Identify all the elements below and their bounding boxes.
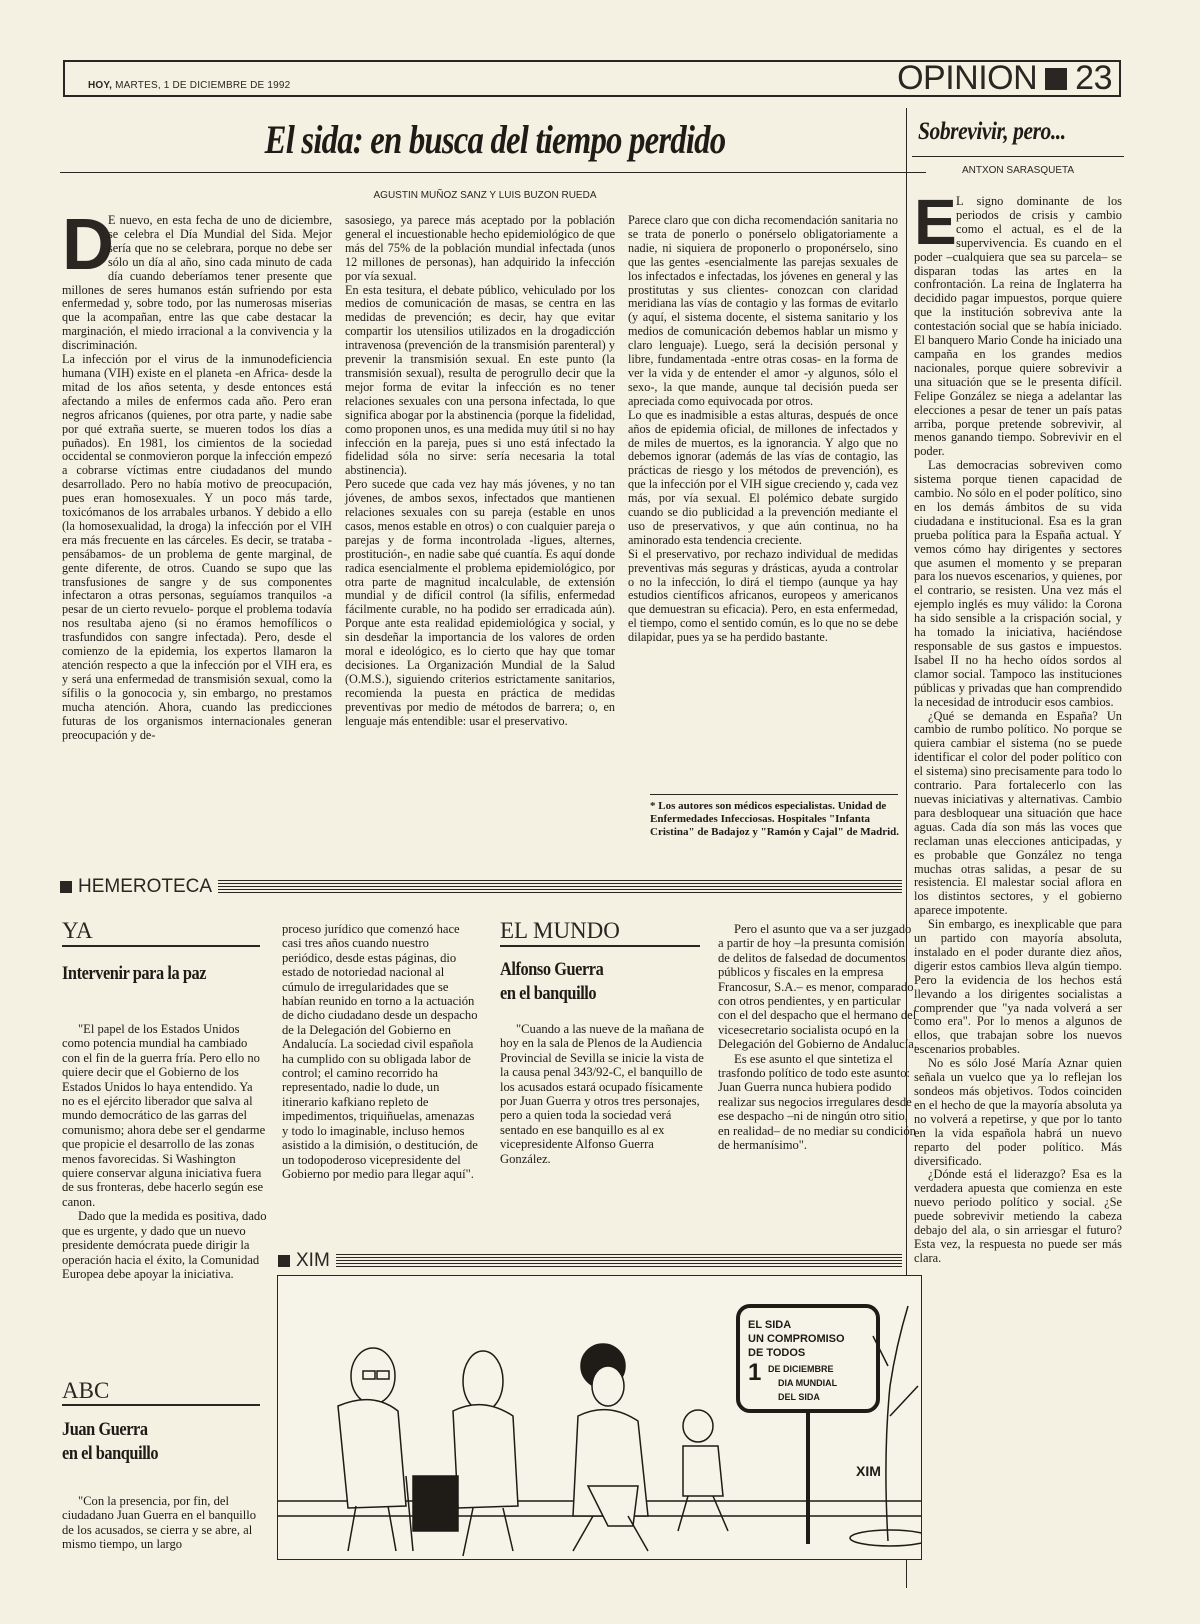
page-number: 23 bbox=[1075, 59, 1112, 97]
drop-cap: D bbox=[62, 217, 102, 273]
paper-rule bbox=[500, 945, 700, 947]
section-name: OPINION bbox=[897, 59, 1037, 97]
paper-rule bbox=[62, 1404, 260, 1406]
paragraph: "Cuando a las nueve de la mañana de hoy … bbox=[500, 1022, 705, 1166]
sign-text: 1 bbox=[748, 1359, 761, 1386]
section-header: OPINION23 bbox=[897, 58, 1112, 98]
paragraph: D E nuevo, en esta fecha de uno de dicie… bbox=[62, 214, 332, 353]
abc-text-continued: proceso jurídico que comenzó hace casi t… bbox=[282, 922, 482, 1181]
main-article-column-1: D E nuevo, en esta fecha de uno de dicie… bbox=[62, 214, 332, 742]
paragraph: Parece claro que con dicha recomendación… bbox=[628, 214, 898, 409]
headline-rule bbox=[60, 172, 926, 173]
paragraph: Las democracias sobreviven como sistema … bbox=[914, 459, 1122, 709]
side-byline: ANTXON SARASQUETA bbox=[912, 165, 1124, 176]
striped-rule bbox=[218, 880, 902, 894]
paragraph: Pero sucede que cada vez hay más jóvenes… bbox=[345, 478, 615, 728]
drop-cap: E bbox=[914, 198, 950, 248]
ya-headline: Intervenir para la paz bbox=[62, 962, 268, 986]
section-label: HEMEROTECA bbox=[78, 876, 212, 898]
main-article-column-3: Parece claro que con dicha recomendación… bbox=[628, 214, 898, 645]
abc-text-start: "Con la presencia, por fin, del ciudadan… bbox=[62, 1494, 267, 1552]
sign-text: DEL SIDA bbox=[778, 1392, 820, 1402]
striped-rule bbox=[336, 1254, 902, 1268]
paragraph: En esta tesitura, el debate público, veh… bbox=[345, 284, 615, 479]
section-label: XIM bbox=[296, 1250, 330, 1272]
paragraph: ¿Qué se demanda en España? Un cambio de … bbox=[914, 710, 1122, 919]
square-bullet-icon bbox=[278, 1255, 290, 1267]
side-article-body: E L signo dominante de los periodos de c… bbox=[914, 195, 1122, 1266]
editorial-cartoon: EL SIDA UN COMPROMISO DE TODOS 1 DE DICI… bbox=[277, 1275, 922, 1560]
author-footnote: * Los autores son médicos especialistas.… bbox=[650, 800, 900, 839]
paragraph: ¿Dónde está el liderazgo? Esa es la verd… bbox=[914, 1168, 1122, 1265]
newspaper-name-el-mundo: EL MUNDO bbox=[500, 918, 620, 944]
paragraph: proceso jurídico que comenzó hace casi t… bbox=[282, 922, 482, 1181]
paragraph: Si el preservativo, por rechazo individu… bbox=[628, 548, 898, 645]
ya-text: "El papel de los Estados Unidos como pot… bbox=[62, 1022, 267, 1281]
paper-rule bbox=[62, 945, 260, 947]
square-bullet-icon bbox=[60, 881, 72, 893]
sign-text: EL SIDA bbox=[748, 1319, 791, 1331]
publication-name: HOY, bbox=[88, 80, 112, 91]
sign-text: UN COMPROMISO bbox=[748, 1333, 845, 1345]
paragraph: sasosiego, ya parece más aceptado por la… bbox=[345, 214, 615, 284]
newspaper-name-abc: ABC bbox=[62, 1378, 109, 1404]
el-mundo-text-continued: Pero el asunto que va a ser juzgado a pa… bbox=[718, 922, 918, 1153]
cartoon-illustration-icon: EL SIDA UN COMPROMISO DE TODOS 1 DE DICI… bbox=[278, 1276, 921, 1559]
main-article-column-2: sasosiego, ya parece más aceptado por la… bbox=[345, 214, 615, 729]
el-mundo-text: "Cuando a las nueve de la mañana de hoy … bbox=[500, 1022, 705, 1166]
cartoon-section-header: XIM bbox=[278, 1250, 902, 1272]
side-headline-rule bbox=[912, 156, 1124, 157]
cartoonist-signature: XIM bbox=[856, 1463, 881, 1479]
footnote-rule bbox=[650, 794, 898, 795]
main-byline: AGUSTIN MUÑOZ SANZ Y LUIS BUZON RUEDA bbox=[340, 190, 630, 201]
abc-headline: Juan Guerra en el banquillo bbox=[62, 1418, 268, 1466]
side-headline: Sobrevivir, pero... bbox=[918, 118, 1066, 146]
main-headline: El sida: en busca del tiempo perdido bbox=[138, 116, 851, 163]
newspaper-name-ya: YA bbox=[62, 918, 93, 944]
paragraph: Dado que la medida es positiva, dado que… bbox=[62, 1209, 267, 1281]
paragraph: Pero el asunto que va a ser juzgado a pa… bbox=[718, 922, 918, 1052]
sign-text: DE TODOS bbox=[748, 1347, 805, 1359]
paragraph: No es sólo José María Aznar quien señala… bbox=[914, 1057, 1122, 1168]
date: MARTES, 1 DE DICIEMBRE DE 1992 bbox=[115, 80, 290, 91]
paragraph: La infección por el virus de la inmunode… bbox=[62, 353, 332, 742]
paragraph: E L signo dominante de los periodos de c… bbox=[914, 195, 1122, 459]
paragraph: "Con la presencia, por fin, del ciudadan… bbox=[62, 1494, 267, 1552]
paragraph: "El papel de los Estados Unidos como pot… bbox=[62, 1022, 267, 1209]
sign-text: DE DICIEMBRE bbox=[768, 1364, 834, 1374]
paragraph: Lo que es inadmisible a estas alturas, d… bbox=[628, 409, 898, 548]
publication-date-line: HOY, MARTES, 1 DE DICIEMBRE DE 1992 bbox=[88, 80, 290, 91]
el-mundo-headline: Alfonso Guerra en el banquillo bbox=[500, 958, 672, 1006]
paragraph: Sin embargo, es inexplicable que para un… bbox=[914, 918, 1122, 1057]
sign-text: DIA MUNDIAL bbox=[778, 1378, 838, 1388]
hemeroteca-section-header: HEMEROTECA bbox=[60, 876, 902, 898]
square-bullet-icon bbox=[1045, 68, 1067, 90]
paragraph: Es ese asunto el que sintetiza el trasfo… bbox=[718, 1052, 918, 1153]
